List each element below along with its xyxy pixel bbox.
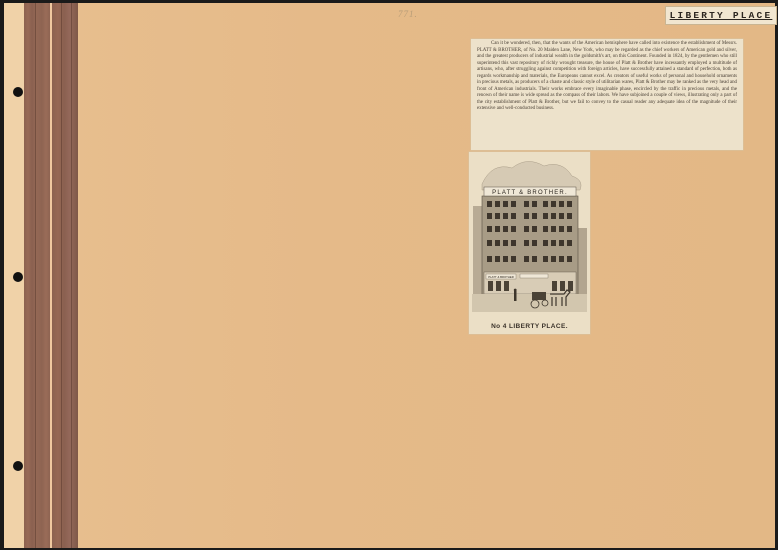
svg-text:PLATT & BROTHER.: PLATT & BROTHER. <box>492 190 568 196</box>
page-label-tag: LIBERTY PLACE <box>665 6 777 25</box>
binding-hole-middle <box>13 272 23 282</box>
building-engraving-icon: PLATT & BROTHER. PLATT & BROTHER <box>472 154 587 314</box>
binding-hole-bottom <box>13 461 23 471</box>
binding-hole-top <box>13 87 23 97</box>
clipping-paragraph: Can it be wondered, then, that the wants… <box>477 41 737 113</box>
text-clipping: Can it be wondered, then, that the wants… <box>471 39 743 150</box>
illustration-caption: No 4 LIBERTY PLACE. <box>469 323 590 330</box>
album-spine-binding <box>24 3 78 548</box>
svg-text:PLATT & BROTHER: PLATT & BROTHER <box>488 275 514 279</box>
illustration-clipping: PLATT & BROTHER. PLATT & BROTHER <box>469 152 590 334</box>
pencil-note: 771. <box>398 9 418 19</box>
page-label-text: LIBERTY PLACE <box>670 10 773 21</box>
